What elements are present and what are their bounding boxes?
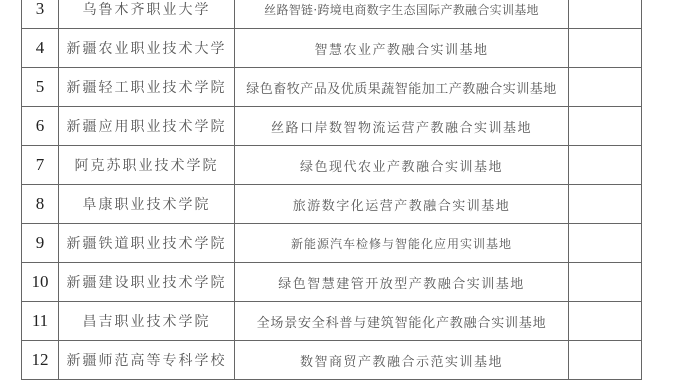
remarks-cell <box>569 185 642 224</box>
remarks-cell <box>569 224 642 263</box>
remarks-cell <box>569 146 642 185</box>
row-number: 11 <box>22 302 59 341</box>
row-number: 7 <box>22 146 59 185</box>
school-name: 乌鲁木齐职业大学 <box>59 0 235 29</box>
row-number: 4 <box>22 29 59 68</box>
remarks-cell <box>569 29 642 68</box>
school-name: 新疆师范高等专科学校 <box>59 341 235 380</box>
row-number: 10 <box>22 263 59 302</box>
base-name: 智慧农业产教融合实训基地 <box>235 29 569 68</box>
base-name: 旅游数字化运营产教融合实训基地 <box>235 185 569 224</box>
row-number: 6 <box>22 107 59 146</box>
table-row: 11 昌吉职业技术学院 全场景安全科普与建筑智能化产教融合实训基地 <box>22 302 642 341</box>
table-row: 8 阜康职业技术学院 旅游数字化运营产教融合实训基地 <box>22 185 642 224</box>
base-name: 数智商贸产教融合示范实训基地 <box>235 341 569 380</box>
remarks-cell <box>569 0 642 29</box>
row-number: 9 <box>22 224 59 263</box>
school-name: 昌吉职业技术学院 <box>59 302 235 341</box>
base-name: 新能源汽车检修与智能化应用实训基地 <box>235 224 569 263</box>
table-row: 6 新疆应用职业技术学院 丝路口岸数智物流运营产教融合实训基地 <box>22 107 642 146</box>
remarks-cell <box>569 107 642 146</box>
remarks-cell <box>569 341 642 380</box>
remarks-cell <box>569 263 642 302</box>
base-name: 绿色畜牧产品及优质果蔬智能加工产教融合实训基地 <box>235 68 569 107</box>
school-name: 新疆应用职业技术学院 <box>59 107 235 146</box>
school-name: 阜康职业技术学院 <box>59 185 235 224</box>
base-name: 绿色智慧建管开放型产教融合实训基地 <box>235 263 569 302</box>
table-row: 7 阿克苏职业技术学院 绿色现代农业产教融合实训基地 <box>22 146 642 185</box>
school-name: 新疆轻工职业技术学院 <box>59 68 235 107</box>
table-row: 10 新疆建设职业技术学院 绿色智慧建管开放型产教融合实训基地 <box>22 263 642 302</box>
table-row: 4 新疆农业职业技术大学 智慧农业产教融合实训基地 <box>22 29 642 68</box>
school-name: 新疆建设职业技术学院 <box>59 263 235 302</box>
remarks-cell <box>569 302 642 341</box>
remarks-cell <box>569 68 642 107</box>
school-name: 新疆铁道职业技术学院 <box>59 224 235 263</box>
school-name: 新疆农业职业技术大学 <box>59 29 235 68</box>
table-row: 3 乌鲁木齐职业大学 丝路智链·跨境电商数字生态国际产教融合实训基地 <box>22 0 642 29</box>
table-row: 5 新疆轻工职业技术学院 绿色畜牧产品及优质果蔬智能加工产教融合实训基地 <box>22 68 642 107</box>
training-base-table: 3 乌鲁木齐职业大学 丝路智链·跨境电商数字生态国际产教融合实训基地 4 新疆农… <box>21 0 642 380</box>
base-name: 绿色现代农业产教融合实训基地 <box>235 146 569 185</box>
row-number: 3 <box>22 0 59 29</box>
row-number: 8 <box>22 185 59 224</box>
row-number: 12 <box>22 341 59 380</box>
row-number: 5 <box>22 68 59 107</box>
base-name: 丝路智链·跨境电商数字生态国际产教融合实训基地 <box>235 0 569 29</box>
table-row: 12 新疆师范高等专科学校 数智商贸产教融合示范实训基地 <box>22 341 642 380</box>
school-name: 阿克苏职业技术学院 <box>59 146 235 185</box>
base-name: 全场景安全科普与建筑智能化产教融合实训基地 <box>235 302 569 341</box>
base-name: 丝路口岸数智物流运营产教融合实训基地 <box>235 107 569 146</box>
table-row: 9 新疆铁道职业技术学院 新能源汽车检修与智能化应用实训基地 <box>22 224 642 263</box>
